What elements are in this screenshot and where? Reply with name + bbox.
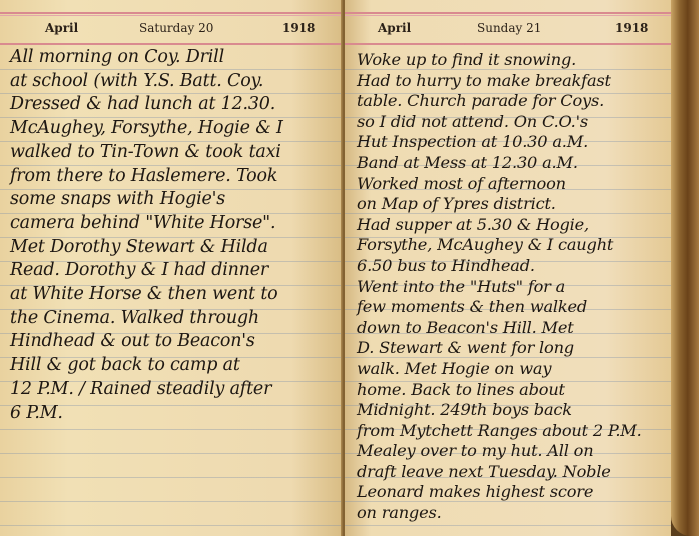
entry-line: on Map of Ypres district. (357, 194, 659, 215)
header-month: April (378, 21, 411, 35)
entry-line: Mealey over to my hut. All on (357, 441, 659, 462)
entry-line: D. Stewart & went for long (357, 338, 659, 359)
entry-line: McAughey, Forsythe, Hogie & I (10, 117, 332, 141)
entry-line: from there to Haslemere. Took (10, 165, 332, 189)
entry-line: some snaps with Hogie's (10, 188, 332, 212)
entry-line: Hut Inspection at 10.30 a.M. (357, 132, 659, 153)
entry-line: at White Horse & then went to (10, 283, 332, 307)
entry-line: Had supper at 5.30 & Hogie, (357, 215, 659, 236)
entry-line: draft leave next Tuesday. Noble (357, 462, 659, 483)
entry-line: Met Dorothy Stewart & Hilda (10, 236, 332, 260)
entry-line: home. Back to lines about (357, 380, 659, 401)
book-cover-edge (671, 0, 699, 536)
page-header: April Saturday 20 1918 (0, 19, 342, 39)
page-header: April Sunday 21 1918 (345, 19, 671, 39)
entry-line: camera behind "White Horse". (10, 212, 332, 236)
entry-line: Leonard makes highest score (357, 482, 659, 503)
header-month: April (45, 21, 78, 35)
entry-line: Dressed & had lunch at 12.30. (10, 93, 332, 117)
diary-spread: April Saturday 20 1918 All morning on Co… (0, 0, 699, 536)
header-rule-top (0, 12, 342, 14)
header-rule-top-thin (0, 15, 342, 16)
diary-entry-sunday: Woke up to find it snowing. Had to hurry… (357, 50, 659, 524)
entry-line: the Cinema. Walked through (10, 307, 332, 331)
entry-line: walked to Tin-Town & took taxi (10, 141, 332, 165)
entry-line: table. Church parade for Coys. (357, 91, 659, 112)
entry-line: Hindhead & out to Beacon's (10, 330, 332, 354)
entry-line: Went into the "Huts" for a (357, 277, 659, 298)
entry-line: Woke up to find it snowing. (357, 50, 659, 71)
entry-line: from Mytchett Ranges about 2 P.M. (357, 421, 659, 442)
entry-line: 6 P.M. (10, 402, 332, 426)
entry-line: walk. Met Hogie on way (357, 359, 659, 380)
header-day: Sunday 21 (477, 21, 541, 35)
diary-page-right: April Sunday 21 1918 Woke up to find it … (345, 0, 671, 536)
entry-line: at school (with Y.S. Batt. Coy. (10, 70, 332, 94)
header-rule-top-thin (345, 15, 671, 16)
header-rule-bottom (345, 43, 671, 45)
entry-line: so I did not attend. On C.O.'s (357, 112, 659, 133)
header-day: Saturday 20 (139, 21, 213, 35)
entry-line: Hill & got back to camp at (10, 354, 332, 378)
entry-line: Read. Dorothy & I had dinner (10, 259, 332, 283)
entry-line: down to Beacon's Hill. Met (357, 318, 659, 339)
entry-line: Had to hurry to make breakfast (357, 71, 659, 92)
header-year: 1918 (282, 21, 315, 35)
header-rule-bottom (0, 43, 342, 45)
entry-line: Midnight. 249th boys back (357, 400, 659, 421)
diary-entry-saturday: All morning on Coy. Drill at school (wit… (10, 46, 332, 425)
entry-line: All morning on Coy. Drill (10, 46, 332, 70)
entry-line: Worked most of afternoon (357, 174, 659, 195)
header-year: 1918 (615, 21, 648, 35)
entry-line: on ranges. (357, 503, 659, 524)
header-rule-top (345, 12, 671, 14)
entry-line: few moments & then walked (357, 297, 659, 318)
entry-line: Forsythe, McAughey & I caught (357, 235, 659, 256)
entry-line: Band at Mess at 12.30 a.M. (357, 153, 659, 174)
entry-line: 12 P.M. / Rained steadily after (10, 378, 332, 402)
entry-line: 6.50 bus to Hindhead. (357, 256, 659, 277)
diary-page-left: April Saturday 20 1918 All morning on Co… (0, 0, 343, 536)
